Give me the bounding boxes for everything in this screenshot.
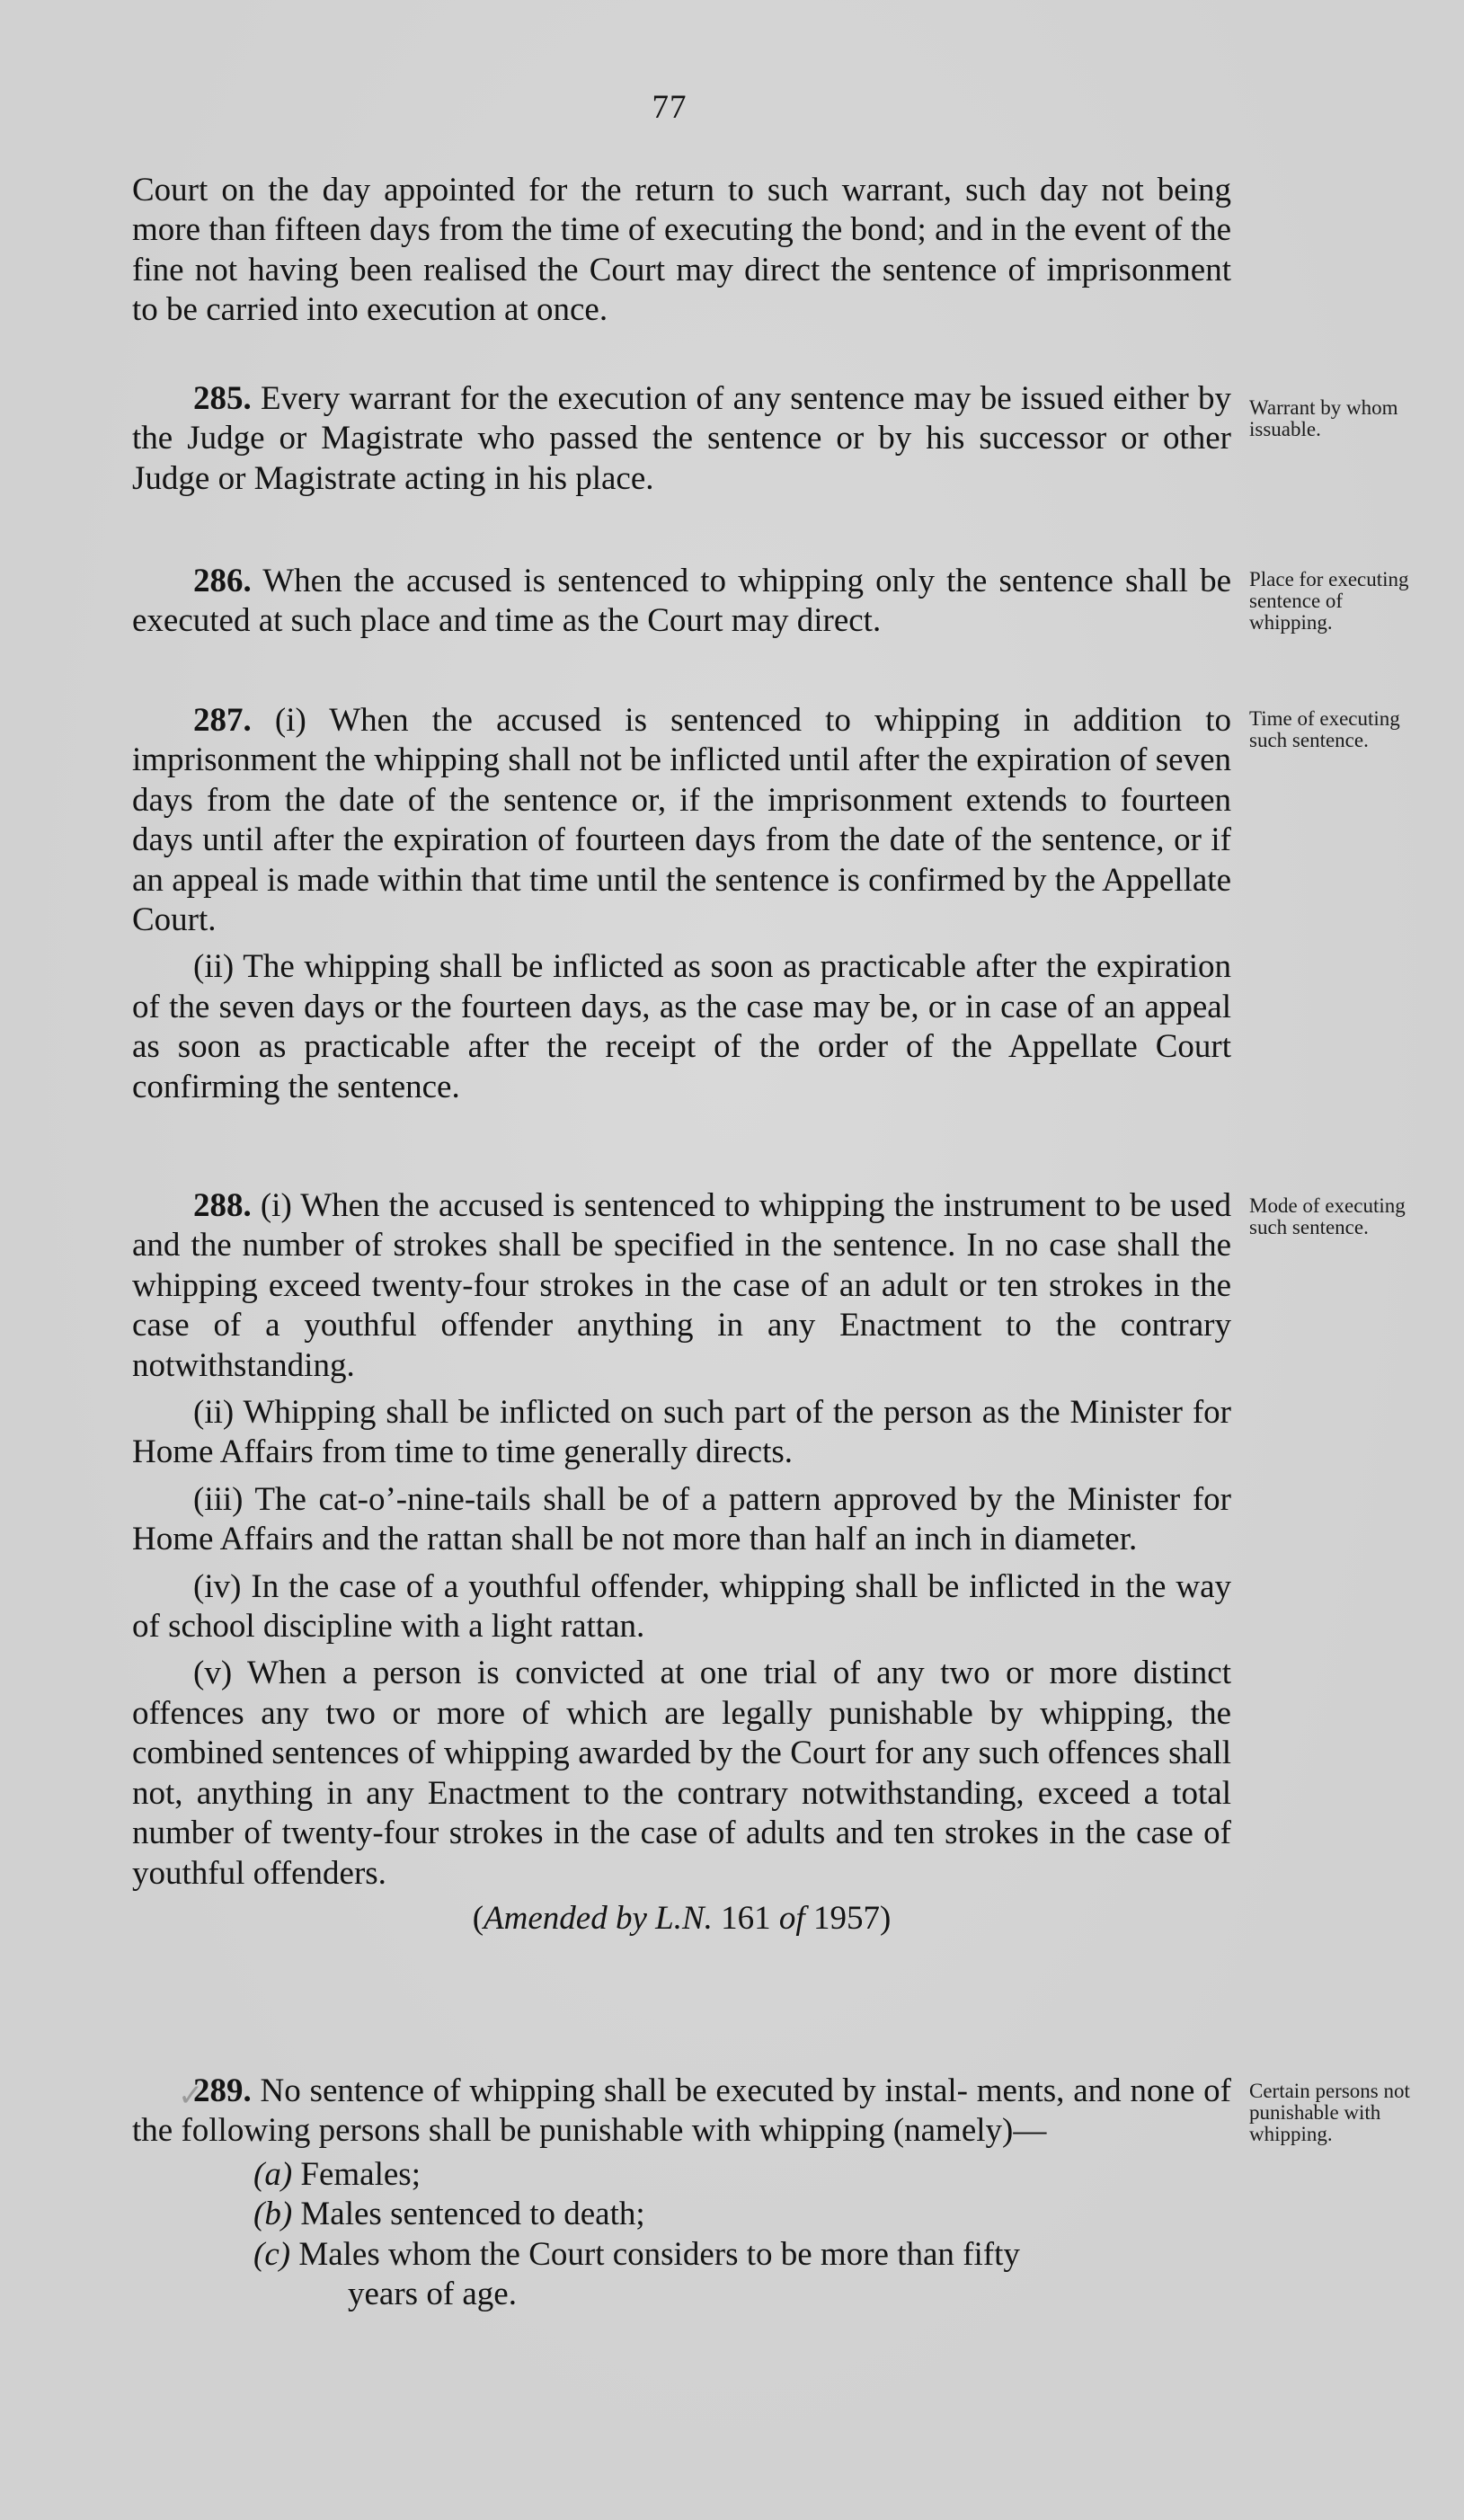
list-text: Males whom the Court considers to be mor…	[290, 2236, 1020, 2273]
section-288-sub-iii: (iii) The cat-o’-nine-tails shall be of …	[132, 1480, 1231, 1560]
continuation-paragraph: Court on the day appointed for the retur…	[132, 171, 1231, 331]
margin-note-287: Time of executing such sentence.	[1249, 708, 1429, 751]
section-number: 285.	[193, 380, 252, 417]
amendment-note: (Amended by L.N. 161 of 1957)	[132, 1899, 1231, 1939]
margin-note-285: Warrant by whom issuable.	[1249, 397, 1429, 440]
section-288: 288. (i) When the accused is sentenced t…	[132, 1186, 1231, 1939]
section-288-sub-i: 288. (i) When the accused is sentenced t…	[132, 1186, 1231, 1386]
section-body: Every warrant for the execution of any s…	[132, 380, 1231, 497]
section-287-sub-ii: (ii) The whipping shall be inflicted as …	[132, 947, 1231, 1107]
document-page: 77 Court on the day appointed for the re…	[0, 0, 1464, 2520]
continuation-text: Court on the day appointed for the retur…	[132, 171, 1231, 331]
section-285: 285. Every warrant for the execution of …	[132, 379, 1231, 499]
section-286-text: 286. When the accused is sentenced to wh…	[132, 562, 1231, 642]
list-item-b: (b) Males sentenced to death;	[132, 2195, 1231, 2234]
amendment-prefix: Amended by L.N.	[484, 1900, 713, 1937]
amendment-number: 161	[713, 1900, 779, 1937]
amendment-year: 1957	[805, 1900, 880, 1937]
list-label: (b)	[253, 2196, 292, 2232]
section-body: (i) When the accused is sentenced to whi…	[132, 1187, 1231, 1384]
section-body: (i) When the accused is sentenced to whi…	[132, 702, 1231, 938]
list-item-a: (a) Females;	[132, 2155, 1231, 2195]
section-289: 289. No sentence of whipping shall be ex…	[132, 2072, 1231, 2314]
section-body: No sentence of whipping shall be execute…	[132, 2072, 1231, 2149]
margin-note-289: Certain persons not punishable with whip…	[1249, 2081, 1429, 2145]
section-number: 289.	[193, 2072, 252, 2109]
section-287: 287. (i) When the accused is sentenced t…	[132, 701, 1231, 1107]
section-285-text: 285. Every warrant for the execution of …	[132, 379, 1231, 499]
section-body: When the accused is sentenced to whippin…	[132, 563, 1231, 639]
list-text-continuation: years of age.	[253, 2275, 1231, 2314]
list-text: Females;	[292, 2156, 421, 2193]
section-number: 287.	[193, 702, 252, 739]
amendment-of: of	[779, 1900, 805, 1937]
section-number: 288.	[193, 1187, 252, 1224]
list-item-c: (c) Males whom the Court considers to be…	[132, 2235, 1231, 2315]
margin-note-288: Mode of executing such sentence.	[1249, 1195, 1429, 1238]
section-288-sub-iv: (iv) In the case of a youthful offender,…	[132, 1567, 1231, 1647]
margin-note-286: Place for executing sentence of whipping…	[1249, 569, 1429, 634]
section-number: 286.	[193, 563, 252, 599]
list-label: (a)	[253, 2156, 292, 2193]
list-text: Males sentenced to death;	[292, 2196, 644, 2232]
section-288-sub-v: (v) When a person is convicted at one tr…	[132, 1654, 1231, 1893]
section-288-sub-ii: (ii) Whipping shall be inflicted on such…	[132, 1393, 1231, 1473]
section-287-sub-i: 287. (i) When the accused is sentenced t…	[132, 701, 1231, 940]
list-label: (c)	[253, 2236, 290, 2273]
section-289-text: 289. No sentence of whipping shall be ex…	[132, 2072, 1231, 2152]
section-286: 286. When the accused is sentenced to wh…	[132, 562, 1231, 642]
page-number: 77	[0, 88, 1339, 127]
